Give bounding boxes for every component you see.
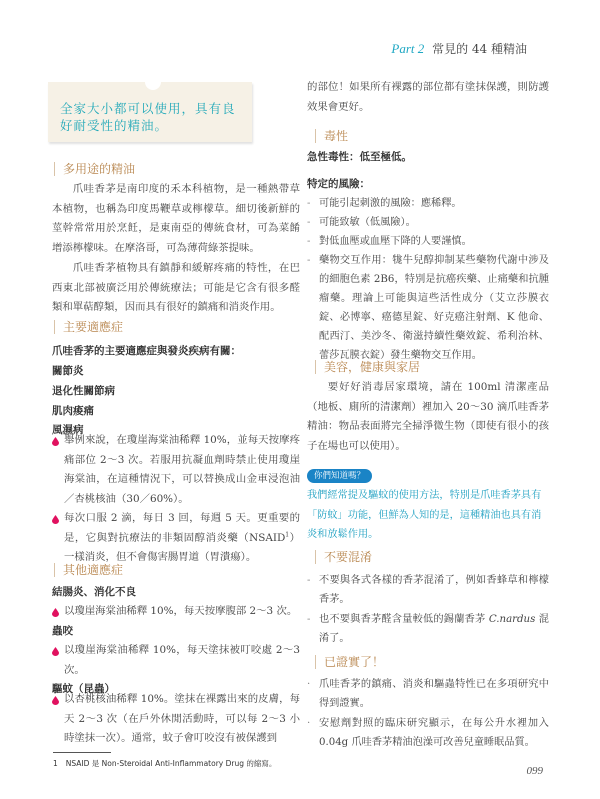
risk-item: -可能致敏（低風險）。 [307, 213, 549, 232]
running-head: Part 2 常見的 44 種精油 [391, 40, 527, 57]
risk-item: -藥物交互作用：牻牛兒醇抑制某些藥物代謝中涉及的細胞色素 2B6，特別是抗癌疾藥… [307, 251, 549, 365]
footnote: 1NSAID 是 Non-Steroidal Anti-Inflammatory… [53, 758, 276, 769]
confusion-item: -也不要與香茅醛含量較低的錫蘭香茅 C.nardus 混淆了。 [307, 610, 549, 648]
indication-label: 蟲咬 [52, 622, 73, 641]
dash-bullet-icon: - [307, 232, 310, 251]
heading-toxicity: 毒性 [315, 129, 348, 143]
list-item: 每次口服 2 滴，每日 3 回，每週 5 天。更重要的是，它與對抗療法的非類固醇… [52, 509, 300, 568]
footnote-divider [53, 752, 111, 753]
did-you-know-badge: 你們知道嗎？ [307, 469, 372, 483]
drop-bullet-icon [52, 437, 59, 446]
heading-do-not-confuse: 不要混淆 [315, 550, 372, 564]
risk-item: -可能引起刺激的風險：應稀釋。 [307, 194, 549, 213]
paragraph: 爪哇香茅是南印度的禾本科植物，是一種熱帶草本植物，也稱為印度馬鞭草或檸檬草。細切… [52, 180, 300, 258]
continuation-paragraph: 的部位！如果所有裸露的部位都有塗抹保護，則防護效果會更好。 [307, 78, 549, 117]
condition: 關節炎 [52, 362, 84, 381]
drop-bullet-icon [52, 608, 59, 617]
indications-intro: 爪哇香茅的主要適應症與發炎疾病有關： [52, 342, 241, 361]
page-number: 099 [527, 765, 544, 777]
risks-title: 特定的風險： [307, 175, 370, 194]
list-item: 以瓊崖海棠油稀釋 10%，每天按摩腹部 2～3 次。 [52, 602, 300, 622]
did-you-know-text: 我們經常提及驅蚊的使用方法，特別是爪哇香茅具有「防蚊」功能，但鮮為人知的是，這種… [307, 486, 549, 545]
heading-main-indications: 主要適應症 [54, 320, 123, 334]
dash-bullet-icon: - [307, 251, 310, 270]
drop-bullet-icon [52, 696, 59, 705]
dot-bullet-icon: · [307, 714, 310, 733]
dash-bullet-icon: - [307, 610, 310, 629]
list-item: 舉例來說，在瓊崖海棠油稀釋 10%，並每天按摩疼痛部位 2～3 次。若服用抗凝血… [52, 431, 300, 509]
paragraph: 爪哇香茅植物具有鎮靜和緩解疼痛的特性，在巴西東北部被廣泛用於傳統療法；可能是它含… [52, 259, 300, 318]
condition: 退化性關節病 [52, 382, 115, 401]
paragraph: 要好好消毒居家環境，請在 100ml 清潔產品（地板、廁所的清潔劑）裡加入 20… [307, 378, 549, 456]
part-label: Part 2 [391, 41, 424, 56]
heading-beauty-home: 美容，健康與家居 [315, 360, 420, 374]
dash-bullet-icon: - [307, 194, 310, 213]
chapter-title: 常見的 44 種精油 [432, 42, 527, 56]
risk-item: -對低血壓或血壓下降的人要謹慎。 [307, 232, 549, 251]
dot-bullet-icon: · [307, 675, 310, 694]
callout-text: 全家大小都可以使用，具有良好耐受性的精油。 [60, 100, 240, 134]
callout-box: 全家大小都可以使用，具有良好耐受性的精油。 [48, 82, 252, 142]
heading-proven: 已證實了！ [315, 655, 384, 669]
list-item: 以杏桃核油稀釋 10%。塗抹在裸露出來的皮膚，每天 2～3 次（在戶外休閒活動時… [52, 690, 300, 749]
drop-bullet-icon [52, 515, 59, 524]
condition: 肌肉痠痛 [52, 402, 94, 421]
drop-bullet-icon [52, 647, 59, 656]
heading-other-indications: 其他適應症 [54, 563, 123, 577]
confusion-item: -不要與各式各樣的香茅混淆了，例如香蜂草和檸檬香茅。 [307, 571, 549, 609]
proven-item: ·安慰劑對照的臨床研究顯示，在每公升水裡加入 0.04g 爪哇香茅精油泡澡可改善… [307, 714, 549, 752]
species-name: C.nardus [489, 614, 536, 625]
acute-toxicity: 急性毒性：低至極低。 [307, 148, 412, 167]
indication-label: 結腸炎、消化不良 [52, 583, 136, 602]
dash-bullet-icon: - [307, 213, 310, 232]
list-item: 以瓊崖海棠油稀釋 10%，每天塗抹被叮咬處 2～3 次。 [52, 641, 300, 680]
heading-multipurpose: 多用途的精油 [54, 162, 135, 176]
dash-bullet-icon: - [307, 571, 310, 590]
proven-item: ·爪哇香茅的鎮痛、消炎和驅蟲特性已在多項研究中得到證實。 [307, 675, 549, 713]
